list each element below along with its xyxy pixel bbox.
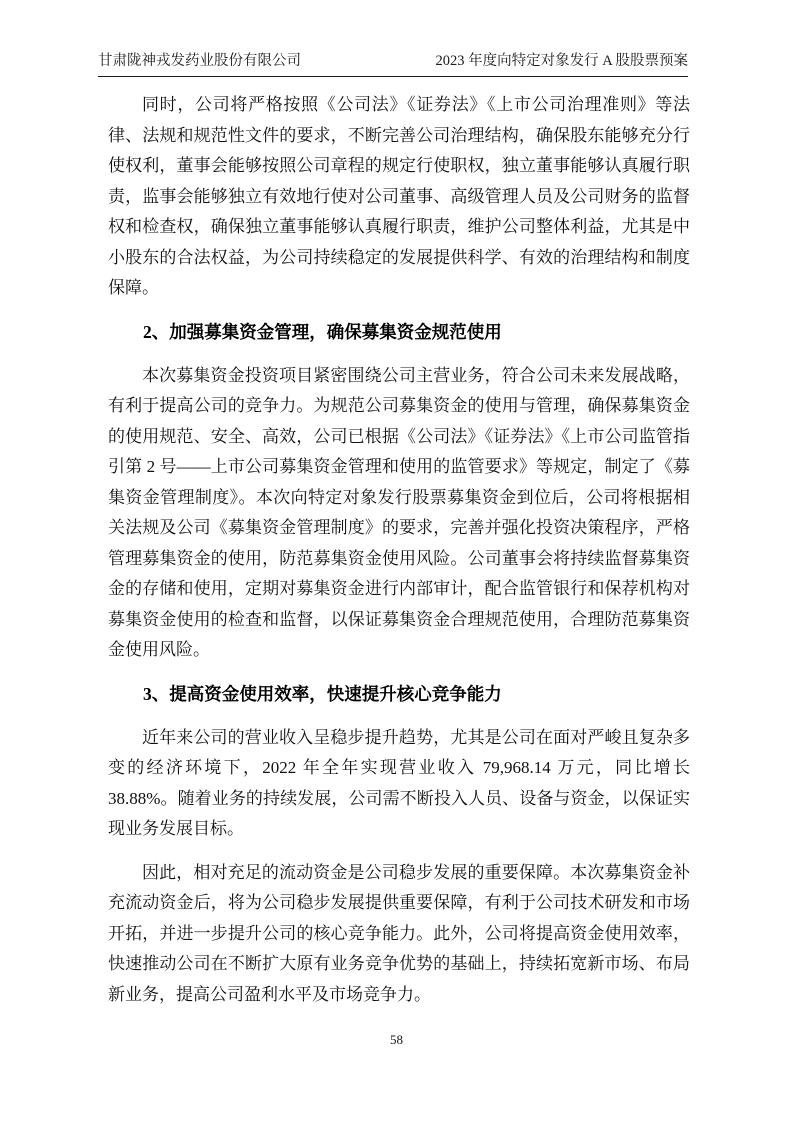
paragraph-revenue-growth: 近年来公司的营业收入呈稳步提升趋势，尤其是公司在面对严峻且复杂多变的经济环境下，… bbox=[108, 723, 690, 845]
page-footer: 58 bbox=[0, 1032, 793, 1048]
header-company-name: 甘肃陇神戎发药业股份有限公司 bbox=[98, 52, 301, 70]
section-heading-fund-management: 2、加强募集资金管理，确保募集资金规范使用 bbox=[108, 317, 690, 347]
page-header: 甘肃陇神戎发药业股份有限公司 2023 年度向特定对象发行 A 股股票预案 bbox=[98, 52, 688, 77]
header-doc-title: 2023 年度向特定对象发行 A 股股票预案 bbox=[435, 52, 688, 70]
document-page: 甘肃陇神戎发药业股份有限公司 2023 年度向特定对象发行 A 股股票预案 同时… bbox=[0, 0, 793, 1122]
page-number: 58 bbox=[390, 1032, 403, 1047]
paragraph-corporate-governance: 同时，公司将严格按照《公司法》《证券法》《上市公司治理准则》等法律、法规和规范性… bbox=[108, 90, 690, 304]
paragraph-working-capital: 因此，相对充足的流动资金是公司稳步发展的重要保障。本次募集资金补充流动资金后，将… bbox=[108, 858, 690, 1011]
paragraph-fund-management: 本次募集资金投资项目紧密围绕公司主营业务，符合公司未来发展战略，有利于提高公司的… bbox=[108, 361, 690, 666]
section-heading-capital-efficiency: 3、提高资金使用效率，快速提升核心竞争能力 bbox=[108, 679, 690, 709]
document-body: 同时，公司将严格按照《公司法》《证券法》《上市公司治理准则》等法律、法规和规范性… bbox=[108, 90, 690, 1023]
